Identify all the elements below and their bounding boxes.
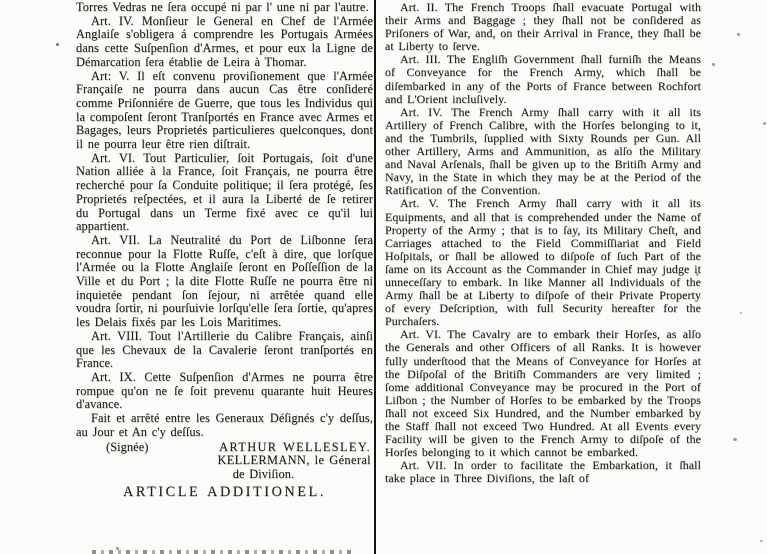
signature-name-wellesley: ARTHUR WELLESLEY. [219,441,371,455]
signature-block: (Signée) ARTHUR WELLESLEY. KELLERMANN, l… [76,441,373,482]
paragraph-continuation-fr: Torres Vedras ne ſera occupé ni par l' u… [76,1,373,15]
paragraph-article-5-en: Art. V. The French Army ſhall carry with… [385,197,701,328]
print-speck [740,312,742,314]
paragraph-article-5-fr: Art: V. Il eſt convenu proviſionement qu… [76,70,373,152]
paragraph-article-7-fr: Art. VII. La Neutralité du Port de Liſbo… [76,234,373,330]
paragraph-article-3-en: Art. III. The Engliſh Government ſhall f… [385,53,701,105]
print-speck [687,178,689,181]
signature-name-kellermann: KELLERMANN, le Géneral [76,454,373,468]
print-speck [737,33,740,36]
additional-article-heading: ARTICLE ADDITIONEL. [76,486,373,500]
print-speck [116,547,119,550]
column-divider-rule [374,0,376,554]
print-speck [56,43,59,46]
print-speck [763,122,766,125]
paragraph-article-8-fr: Art. VIII. Tout l'Artillerie du Calibre … [76,330,373,371]
print-speck [712,63,715,66]
signature-line-1: (Signée) ARTHUR WELLESLEY. [76,441,373,455]
scanned-document-page: Torres Vedras ne ſera occupé ni par l' u… [0,0,767,554]
signature-label: (Signée) [106,441,148,455]
cut-off-text-line [92,550,354,554]
paragraph-article-6-en: Art. VI. The Cavalry are to embark their… [385,328,701,459]
english-column: Art. II. The French Troops ſhall evacuat… [385,1,701,485]
french-column: Torres Vedras ne ſera occupé ni par l' u… [76,1,373,499]
print-speck [696,273,699,276]
print-speck [760,540,763,542]
paragraph-article-4-en: Art. IV. The French Army ſhall carry wit… [385,106,701,198]
print-speck [733,438,737,441]
paragraph-article-2-en: Art. II. The French Troops ſhall evacuat… [385,1,701,53]
paragraph-closing-fr: Fait et arrêté entre les Generaux Déſign… [76,412,373,439]
signature-title-division: de Diviſion. [76,468,373,482]
paragraph-article-4-fr: Art. IV. Monſieur le General en Chef de … [76,15,373,70]
paragraph-article-6-fr: Art. VI. Tout Particulier, ſoit Portugai… [76,152,373,234]
paragraph-article-9-fr: Art. IX. Cette Suſpenſion d'Armes ne pou… [76,371,373,412]
paragraph-article-7-en: Art. VII. In order to facilitate the Emb… [385,459,701,485]
